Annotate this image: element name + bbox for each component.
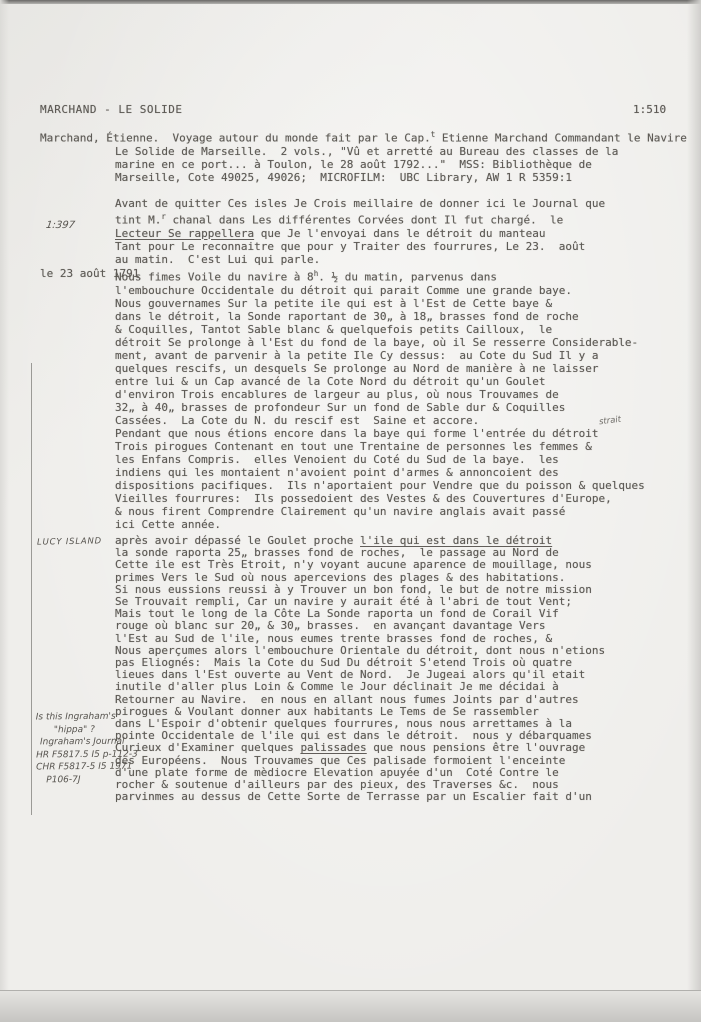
- journal-entry-paragraph: Nous fimes Voile du navire à 8h. ½ du ma…: [115, 267, 638, 427]
- text-line: Vieilles fourrures: Ils possedoient des …: [115, 492, 645, 505]
- text-line: "hippa" ?: [54, 723, 138, 736]
- text-line: Nous gouvernames Sur la petite ile qui e…: [115, 297, 638, 310]
- text-line: entre lui & un Cap avancé de la Cote Nor…: [115, 375, 638, 388]
- text-line: tint M.r chanal dans Les différentes Cor…: [115, 210, 605, 227]
- text-line: l'embouchure Occidentale du détroit qui …: [115, 284, 638, 297]
- catalog-entry: Marchand, Étienne. Voyage autour du mond…: [40, 128, 687, 184]
- text-line: Marchand, Étienne. Voyage autour du mond…: [40, 128, 687, 145]
- paper-edge-bottom: [0, 990, 701, 1022]
- text-line: Lecteur Se rappellera que Je l'envoyai d…: [115, 227, 605, 240]
- text-line: 32„ à 40„ brasses de profondeur Sur un f…: [115, 401, 638, 414]
- margin-note-page-ref: 1:397: [45, 220, 75, 231]
- text-line: dans le détroit, la Sonde raportant de 3…: [115, 310, 638, 323]
- text-line: Ingraham's Journal: [40, 736, 138, 749]
- text-line: Le Solide de Marseille. 2 vols., "Vû et …: [115, 145, 687, 158]
- text-line: & Coquilles, Tantot Sable blanc & quelqu…: [115, 323, 638, 336]
- text-line: détroit Se prolonge à l'Est du fond de l…: [115, 336, 638, 349]
- text-line: parvinmes au dessus de Cette Sorte de Te…: [115, 791, 605, 803]
- text-line: Marseille, Cote 49025, 49026; MICROFILM:…: [115, 171, 687, 184]
- text-line: ment, avant de parvenir à la petite Ile …: [115, 349, 638, 362]
- natives-encounter-paragraph: Pendant que nous étions encore dans la b…: [115, 427, 645, 531]
- paper-edge-top: [0, 0, 701, 4]
- text-line: CHR F5817-5 I5 1971: [36, 761, 138, 774]
- text-line: quelques rescifs, un desquels Se prolong…: [115, 362, 638, 375]
- text-line: Pendant que nous étions encore dans la b…: [115, 427, 645, 440]
- page-header-title: MARCHAND - LE SOLIDE: [40, 103, 182, 116]
- scan-noise-specks: [0, 0, 2, 2]
- text-line: Is this Ingraham's: [36, 711, 138, 724]
- text-line: les Enfans Compris. elles Venoient du Co…: [115, 453, 645, 466]
- text-line: marine en ce port... à Toulon, le 28 aoû…: [115, 158, 687, 171]
- text-line: Tant pour Le reconnaitre que pour y Trai…: [115, 240, 605, 253]
- fold-line: [31, 363, 32, 815]
- text-line: d'environ Trois encablures de largeur au…: [115, 388, 638, 401]
- text-line: indiens qui les montaient n'avoient poin…: [115, 466, 645, 479]
- paper-edge-left: [0, 0, 9, 1022]
- document-page: MARCHAND - LE SOLIDE 1:510 Marchand, Éti…: [0, 0, 701, 1022]
- margin-note-lucy-island: LUCY ISLAND: [37, 536, 102, 547]
- text-line: ici Cette année.: [115, 518, 645, 531]
- text-line: dispositions pacifiques. Ils n'aportaien…: [115, 479, 645, 492]
- paper-edge-right: [687, 0, 701, 1022]
- page-number-reference: 1:510: [633, 103, 666, 116]
- margin-note-ingraham: Is this Ingraham's"hippa" ?Ingraham's Jo…: [36, 711, 138, 787]
- text-line: Trois pirogues Contenant en tout une Tre…: [115, 440, 645, 453]
- text-line: & nous firent Comprendre Clairement qu'u…: [115, 505, 645, 518]
- text-line: P106-7J: [46, 774, 138, 787]
- text-line: au matin. C'est Lui qui parle.: [115, 253, 605, 266]
- text-line: HR F5817.5 I5 p-112-3: [36, 748, 138, 761]
- text-line: Nous fimes Voile du navire à 8h. ½ du ma…: [115, 267, 638, 284]
- text-line: Cassées. La Cote du N. du rescif est Sai…: [115, 414, 638, 427]
- text-line: Avant de quitter Ces isles Je Crois meil…: [115, 197, 605, 210]
- journal-intro-paragraph: Avant de quitter Ces isles Je Crois meil…: [115, 197, 605, 266]
- lucy-island-paragraph: après avoir dépassé le Goulet proche l'i…: [115, 535, 605, 803]
